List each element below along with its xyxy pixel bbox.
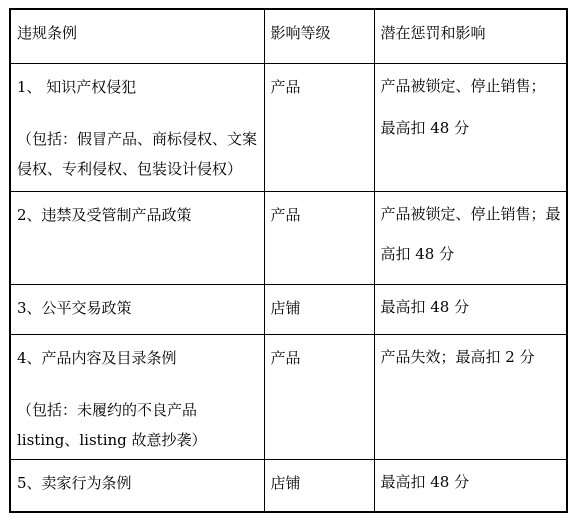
rule-1-title: 1、 知识产权侵犯 bbox=[17, 72, 259, 102]
header-violation-rule-label: 违规条例 bbox=[17, 18, 259, 48]
cell-penalty-2: 产品被锁定、停止销售；最高扣 48 分 bbox=[374, 191, 567, 284]
cell-penalty-1: 产品被锁定、停止销售； 最高扣 48 分 bbox=[374, 63, 567, 191]
rule-2-title: 2、违禁及受管制产品政策 bbox=[17, 200, 259, 230]
cell-rule-3: 3、公平交易政策 bbox=[10, 284, 264, 334]
table-row-1: 1、 知识产权侵犯 （包括：假冒产品、商标侵权、文案侵权、专利侵权、包装设计侵权… bbox=[10, 63, 567, 191]
document-page: 违规条例 影响等级 潜在惩罚和影响 1、 知识产权侵犯 （包括：假冒产品、商标侵… bbox=[0, 0, 575, 518]
cell-level-4: 产品 bbox=[264, 334, 374, 459]
table-header-row: 违规条例 影响等级 潜在惩罚和影响 bbox=[10, 9, 567, 63]
cell-level-5: 店铺 bbox=[264, 459, 374, 512]
rule-4-detail: （包括：未履约的不良产品 listing、listing 故意抄袭） bbox=[17, 395, 259, 455]
penalty-5-text: 最高扣 48 分 bbox=[381, 462, 562, 502]
cell-rule-2: 2、违禁及受管制产品政策 bbox=[10, 191, 264, 284]
level-5-value: 店铺 bbox=[271, 468, 369, 498]
table-row-5: 5、卖家行为条例 店铺 最高扣 48 分 bbox=[10, 459, 567, 512]
header-impact-level: 影响等级 bbox=[264, 9, 374, 63]
level-2-value: 产品 bbox=[271, 200, 369, 230]
cell-rule-4: 4、产品内容及目录条例 （包括：未履约的不良产品 listing、listing… bbox=[10, 334, 264, 459]
cell-rule-5: 5、卖家行为条例 bbox=[10, 459, 264, 512]
header-impact-level-label: 影响等级 bbox=[271, 18, 369, 48]
cell-level-1: 产品 bbox=[264, 63, 374, 191]
level-4-value: 产品 bbox=[271, 343, 369, 373]
table-row-3: 3、公平交易政策 店铺 最高扣 48 分 bbox=[10, 284, 567, 334]
rule-5-title: 5、卖家行为条例 bbox=[17, 468, 259, 498]
header-potential-penalty: 潜在惩罚和影响 bbox=[374, 9, 567, 63]
cell-penalty-3: 最高扣 48 分 bbox=[374, 284, 567, 334]
rule-3-title: 3、公平交易政策 bbox=[17, 293, 259, 323]
rule-4-title: 4、产品内容及目录条例 bbox=[17, 343, 259, 373]
header-potential-penalty-label: 潜在惩罚和影响 bbox=[381, 18, 562, 48]
penalty-4-text: 产品失效；最高扣 2 分 bbox=[381, 337, 562, 377]
level-3-value: 店铺 bbox=[271, 293, 369, 323]
cell-level-3: 店铺 bbox=[264, 284, 374, 334]
penalty-2-text: 产品被锁定、停止销售；最高扣 48 分 bbox=[381, 194, 562, 274]
violation-policy-table: 违规条例 影响等级 潜在惩罚和影响 1、 知识产权侵犯 （包括：假冒产品、商标侵… bbox=[9, 8, 568, 513]
level-1-value: 产品 bbox=[271, 72, 369, 102]
header-violation-rule: 违规条例 bbox=[10, 9, 264, 63]
rule-1-detail: （包括：假冒产品、商标侵权、文案侵权、专利侵权、包装设计侵权） bbox=[17, 124, 259, 184]
cell-penalty-5: 最高扣 48 分 bbox=[374, 459, 567, 512]
cell-rule-1: 1、 知识产权侵犯 （包括：假冒产品、商标侵权、文案侵权、专利侵权、包装设计侵权… bbox=[10, 63, 264, 191]
cell-penalty-4: 产品失效；最高扣 2 分 bbox=[374, 334, 567, 459]
penalty-1-line-1: 产品被锁定、停止销售； bbox=[381, 66, 562, 106]
penalty-3-text: 最高扣 48 分 bbox=[381, 287, 562, 327]
table-row-4: 4、产品内容及目录条例 （包括：未履约的不良产品 listing、listing… bbox=[10, 334, 567, 459]
cell-level-2: 产品 bbox=[264, 191, 374, 284]
table-row-2: 2、违禁及受管制产品政策 产品 产品被锁定、停止销售；最高扣 48 分 bbox=[10, 191, 567, 284]
penalty-1-line-2: 最高扣 48 分 bbox=[381, 108, 562, 148]
